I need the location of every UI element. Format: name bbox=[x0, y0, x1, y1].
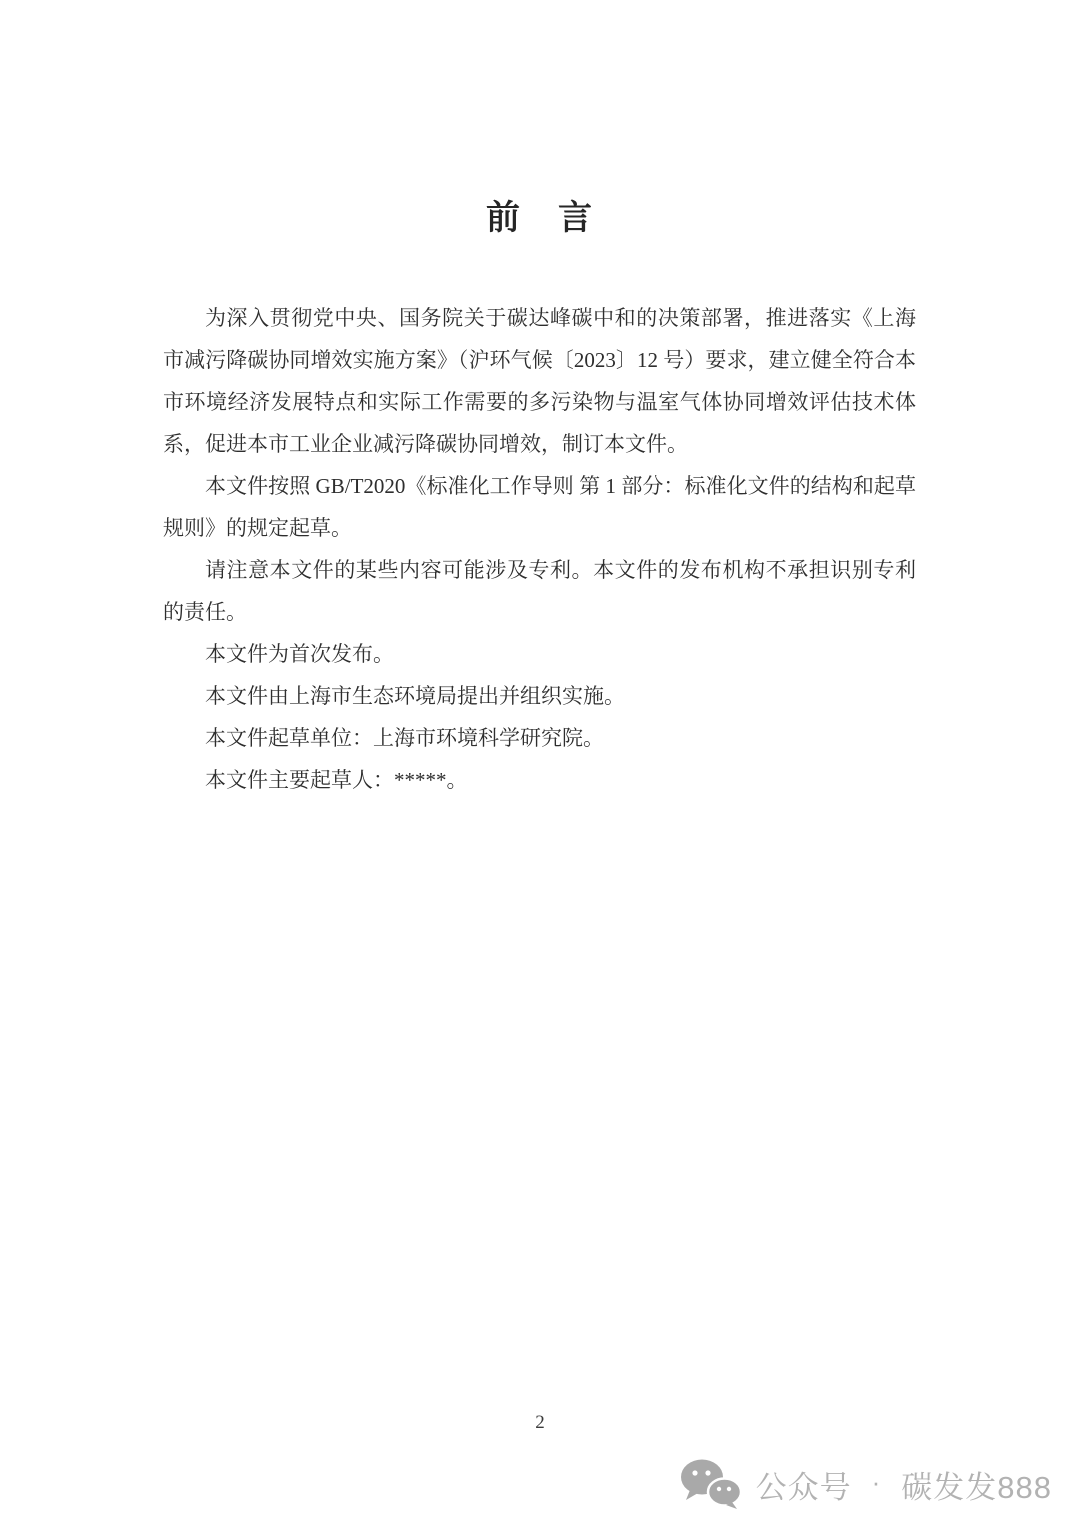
paragraph: 为深入贯彻党中央、国务院关于碳达峰碳中和的决策部署，推进落实《上海市减污降碳协同… bbox=[163, 297, 916, 465]
paragraph: 本文件主要起草人：*****。 bbox=[163, 759, 916, 801]
document-page: 前 言 为深入贯彻党中央、国务院关于碳达峰碳中和的决策部署，推进落实《上海市减污… bbox=[0, 0, 1080, 1527]
wechat-icon bbox=[680, 1458, 742, 1510]
paragraph: 本文件按照 GB/T2020《标准化工作导则 第 1 部分：标准化文件的结构和起… bbox=[163, 465, 916, 549]
watermark-separator: · bbox=[872, 1467, 882, 1498]
paragraph: 本文件起草单位：上海市环境科学研究院。 bbox=[163, 717, 916, 759]
paragraph: 本文件由上海市生态环境局提出并组织实施。 bbox=[163, 675, 916, 717]
page-title: 前 言 bbox=[0, 190, 1080, 239]
watermark-account: 碳发发888 bbox=[901, 1462, 1052, 1507]
page-number: 2 bbox=[0, 1412, 1080, 1434]
watermark: 公众号 · 碳发发888 bbox=[680, 1458, 1052, 1510]
paragraph: 请注意本文件的某些内容可能涉及专利。本文件的发布机构不承担识别专利的责任。 bbox=[163, 549, 916, 633]
watermark-platform: 公众号 bbox=[756, 1462, 852, 1507]
paragraph: 本文件为首次发布。 bbox=[163, 633, 916, 675]
paragraphs: 为深入贯彻党中央、国务院关于碳达峰碳中和的决策部署，推进落实《上海市减污降碳协同… bbox=[163, 297, 916, 801]
